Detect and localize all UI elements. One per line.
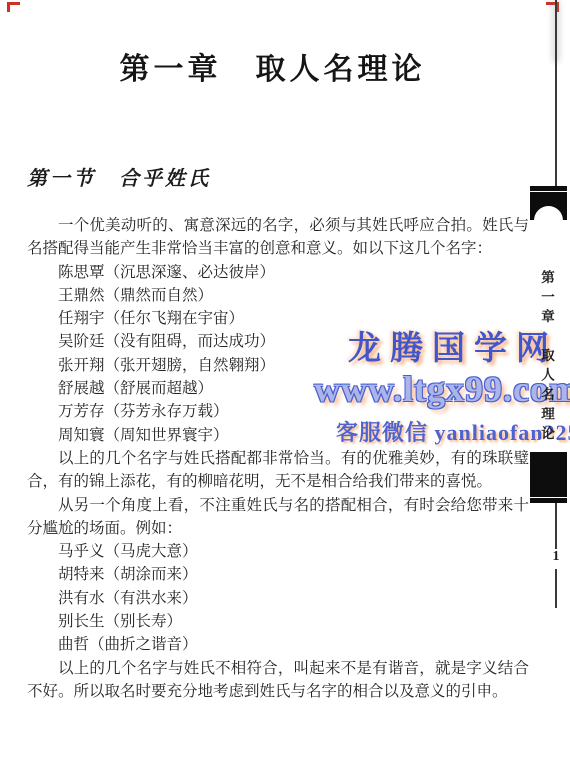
name-example-item: 王鼎然（鼎然而自然） — [27, 284, 529, 307]
body-text: 一个优美动听的、寓意深远的名字，必须与其姓氏呼应合拍。姓氏与名搭配得当能产生非常… — [27, 214, 529, 703]
name-example-item: 胡特来（胡涂而来） — [27, 563, 529, 586]
chapter-tab-bottom-icon — [530, 452, 567, 503]
body-paragraph: 以上的几个名字与姓氏不相符合，叫起来不是有谐音，就是字义结合不好。所以取名时要充… — [27, 657, 529, 704]
vertical-chapter-label: 第一章 取人名理论 — [536, 270, 556, 455]
margin-rule-top — [555, 0, 557, 188]
body-paragraph: 一个优美动听的、寓意深远的名字，必须与其姓氏呼应合拍。姓氏与名搭配得当能产生非常… — [27, 214, 529, 261]
margin-rule-bottom — [555, 569, 557, 608]
name-example-item: 洪有水（有洪水来） — [27, 587, 529, 610]
book-page: 第一章 取人名理论 第一节 合乎姓氏 一个优美动听的、寓意深远的名字，必须与其姓… — [0, 0, 570, 784]
page-number: 1 — [546, 549, 566, 565]
name-example-item: 周知寰（周知世界寰宇） — [27, 424, 529, 447]
red-corner-mark-top-left — [7, 2, 20, 12]
name-example-item: 张开翔（张开翅膀，自然翱翔） — [27, 354, 529, 377]
name-example-item: 马乎义（马虎大意） — [27, 540, 529, 563]
chapter-title: 第一章 取人名理论 — [0, 44, 545, 88]
name-example-item: 万芳存（芬芳永存万载） — [27, 400, 529, 423]
margin-rule-middle — [555, 503, 557, 549]
body-paragraph: 以上的几个名字与姓氏搭配都非常恰当。有的优雅美妙，有的珠联璧合，有的锦上添花，有… — [27, 447, 529, 494]
name-example-item: 吴阶廷（没有阻碍，而达成功） — [27, 330, 529, 353]
section-heading: 第一节 合乎姓氏 — [27, 162, 211, 191]
name-example-item: 别长生（别长寿） — [27, 610, 529, 633]
name-example-item: 陈思覃（沉思深邃、必达彼岸） — [27, 261, 529, 284]
body-paragraph: 从另一个角度上看，不注重姓氏与名的搭配相合，有时会给您带来十分尴尬的场面。例如： — [27, 494, 529, 541]
name-example-item: 任翔宇（任尔飞翔在宇宙） — [27, 307, 529, 330]
chapter-tab-top-icon — [530, 186, 567, 222]
name-example-item: 舒展越（舒展而超越） — [27, 377, 529, 400]
name-example-item: 曲哲（曲折之谐音） — [27, 633, 529, 656]
